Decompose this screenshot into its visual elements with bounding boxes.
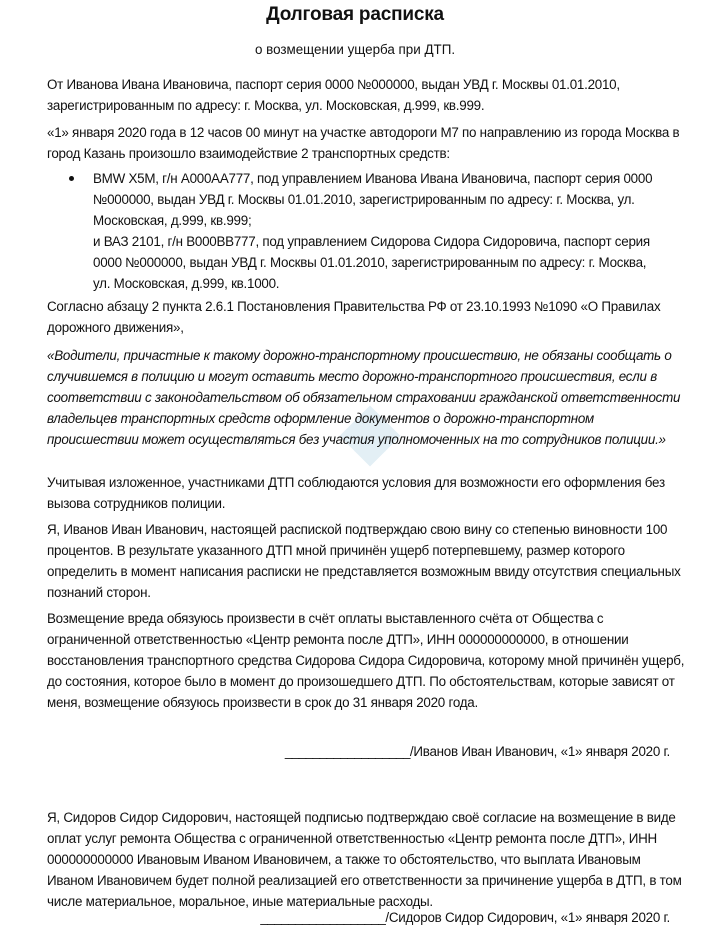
signature-line: __________________: [285, 744, 410, 759]
bullet-icon: [69, 176, 74, 181]
paragraph-considering: Учитывая изложенное, участниками ДТП соб…: [47, 472, 687, 514]
vehicle-item-2: и ВАЗ 2101, г/н В000ВВ777, под управлени…: [93, 231, 653, 294]
creditor-signature: __________________/Сидоров Сидор Сидоров…: [260, 910, 670, 925]
paragraph-according: Согласно абзацу 2 пункта 2.6.1 Постановл…: [47, 296, 687, 338]
vehicle-item-1: BMW X5M, г/н А000АА777, под управлением …: [93, 168, 653, 231]
paragraph-confession: Я, Иванов Иван Иванович, настоящей распи…: [47, 519, 687, 603]
signature-line: __________________: [260, 910, 385, 925]
paragraph-incident: «1» января 2020 года в 12 часов 00 минут…: [47, 122, 687, 164]
debtor-signature: __________________/Иванов Иван Иванович,…: [285, 744, 670, 759]
paragraph-compensation: Возмещение вреда обязуюсь произвести в с…: [47, 608, 687, 713]
document-title: Долговая расписка: [0, 4, 710, 26]
document-subtitle: о возмещении ущерба при ДТП.: [0, 42, 710, 57]
debtor-signature-text: /Иванов Иван Иванович, «1» января 2020 г…: [410, 744, 670, 759]
paragraph-quote: «Водители, причастные к такому дорожно-т…: [47, 345, 687, 450]
creditor-signature-text: /Сидоров Сидор Сидорович, «1» января 202…: [385, 910, 670, 925]
paragraph-from: От Иванова Ивана Ивановича, паспорт сери…: [47, 74, 687, 116]
paragraph-consent: Я, Сидоров Сидор Сидорович, настоящей по…: [47, 807, 687, 912]
document-page: Долговая расписка о возмещении ущерба пр…: [0, 0, 710, 935]
